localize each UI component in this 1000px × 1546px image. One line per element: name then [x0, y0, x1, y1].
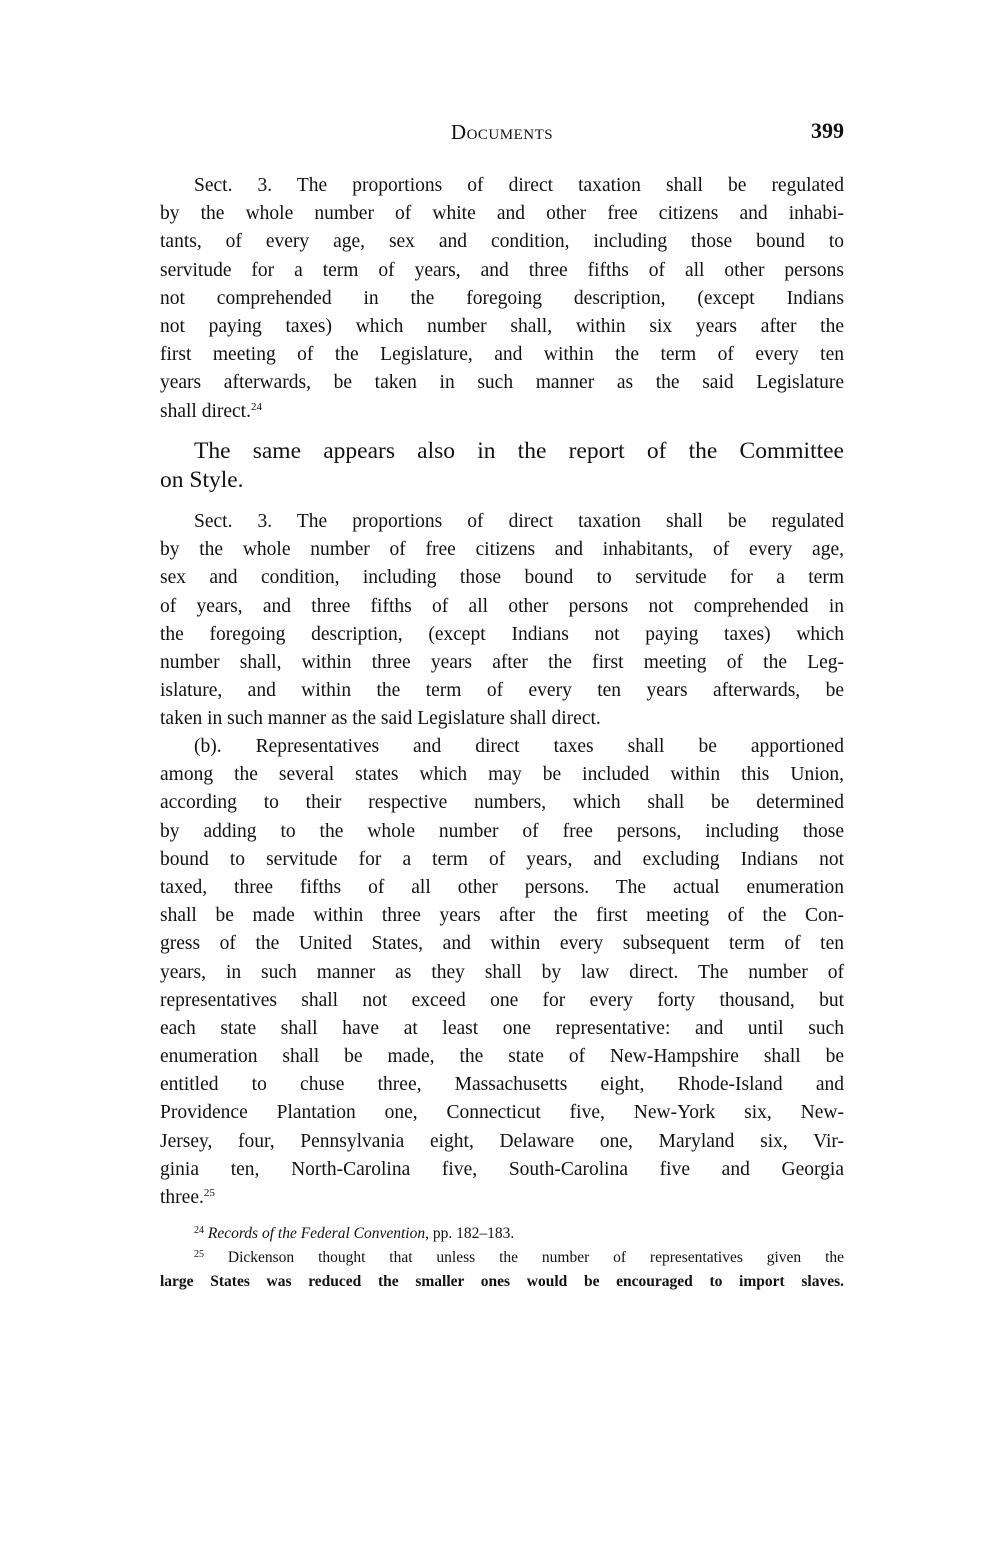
text-line: shall be made within three years after t… [160, 902, 844, 930]
text-line: taken in such manner as the said Legisla… [160, 705, 844, 733]
running-title: Documents [160, 120, 844, 145]
text-line: islature, and within the term of every t… [160, 677, 844, 705]
text-line: tants, of every age, sex and condition, … [160, 228, 844, 256]
text-line: The same appears also in the report of t… [160, 437, 844, 466]
text-line: sex and condition, including those bound… [160, 564, 844, 592]
document-page: Documents 399 Sect. 3. The proportions o… [0, 0, 1000, 1546]
paragraph-committee-note: The same appears also in the report of t… [160, 437, 844, 495]
text-line: Jersey, four, Pennsylvania eight, Delawa… [160, 1128, 844, 1156]
paragraph-clause-b: (b). Representatives and direct taxes sh… [160, 733, 844, 1212]
paragraph-sect3-style: Sect. 3. The proportions of direct taxat… [160, 508, 844, 734]
text-line: among the several states which may be in… [160, 761, 844, 789]
text-line: not paying taxes) which number shall, wi… [160, 313, 844, 341]
footnote-source-title: Records of the Federal Convention [208, 1225, 425, 1242]
text-line: gress of the United States, and within e… [160, 930, 844, 958]
text-line: number shall, within three years after t… [160, 649, 844, 677]
text-line: on Style. [160, 466, 844, 495]
footnote-number: 25 [194, 1249, 204, 1260]
text-line: three.25 [160, 1184, 844, 1212]
text-line: according to their respective numbers, w… [160, 789, 844, 817]
text-line: servitude for a term of years, and three… [160, 257, 844, 285]
text-line: by the whole number of free citizens and… [160, 536, 844, 564]
text-line: by adding to the whole number of free pe… [160, 818, 844, 846]
text-line: Sect. 3. The proportions of direct taxat… [160, 172, 844, 200]
text-line: Sect. 3. The proportions of direct taxat… [160, 508, 844, 536]
text-line-content: three. [160, 1187, 204, 1208]
paragraph-sect3-draft: Sect. 3. The proportions of direct taxat… [160, 172, 844, 426]
text-line: enumeration shall be made, the state of … [160, 1043, 844, 1071]
text-line: each state shall have at least one repre… [160, 1015, 844, 1043]
text-line: years, in such manner as they shall by l… [160, 959, 844, 987]
footnote-ref-24: 24 [251, 401, 262, 413]
text-line: years afterwards, be taken in such manne… [160, 369, 844, 397]
footnote-25: 25 Dickenson thought that unless the num… [160, 1246, 844, 1270]
footnotes: 24 Records of the Federal Convention, pp… [160, 1222, 844, 1294]
text-line: shall direct.24 [160, 398, 844, 426]
page-header: Documents 399 [160, 120, 844, 150]
page-number: 399 [811, 118, 844, 144]
text-line-content: shall direct. [160, 401, 251, 422]
text-line: (b). Representatives and direct taxes sh… [160, 733, 844, 761]
footnote-number: 24 [194, 1225, 204, 1236]
text-line: bound to servitude for a term of years, … [160, 846, 844, 874]
text-line: Providence Plantation one, Connecticut f… [160, 1099, 844, 1127]
text-line: by the whole number of white and other f… [160, 200, 844, 228]
text-line: the foregoing description, (except India… [160, 621, 844, 649]
text-line: entitled to chuse three, Massachusetts e… [160, 1071, 844, 1099]
text-line: ginia ten, North-Carolina five, South-Ca… [160, 1156, 844, 1184]
footnote-24: 24 Records of the Federal Convention, pp… [160, 1222, 844, 1246]
text-line: taxed, three fifths of all other persons… [160, 874, 844, 902]
footnote-text-line: large States was reduced the smaller one… [160, 1270, 844, 1294]
footnote-ref-25: 25 [204, 1187, 215, 1199]
footnote-pages: , pp. 182–183. [425, 1225, 514, 1242]
text-line: first meeting of the Legislature, and wi… [160, 341, 844, 369]
text-line: not comprehended in the foregoing descri… [160, 285, 844, 313]
text-line: representatives shall not exceed one for… [160, 987, 844, 1015]
footnote-text: Dickenson thought that unless the number… [228, 1249, 844, 1266]
text-line: of years, and three fifths of all other … [160, 593, 844, 621]
